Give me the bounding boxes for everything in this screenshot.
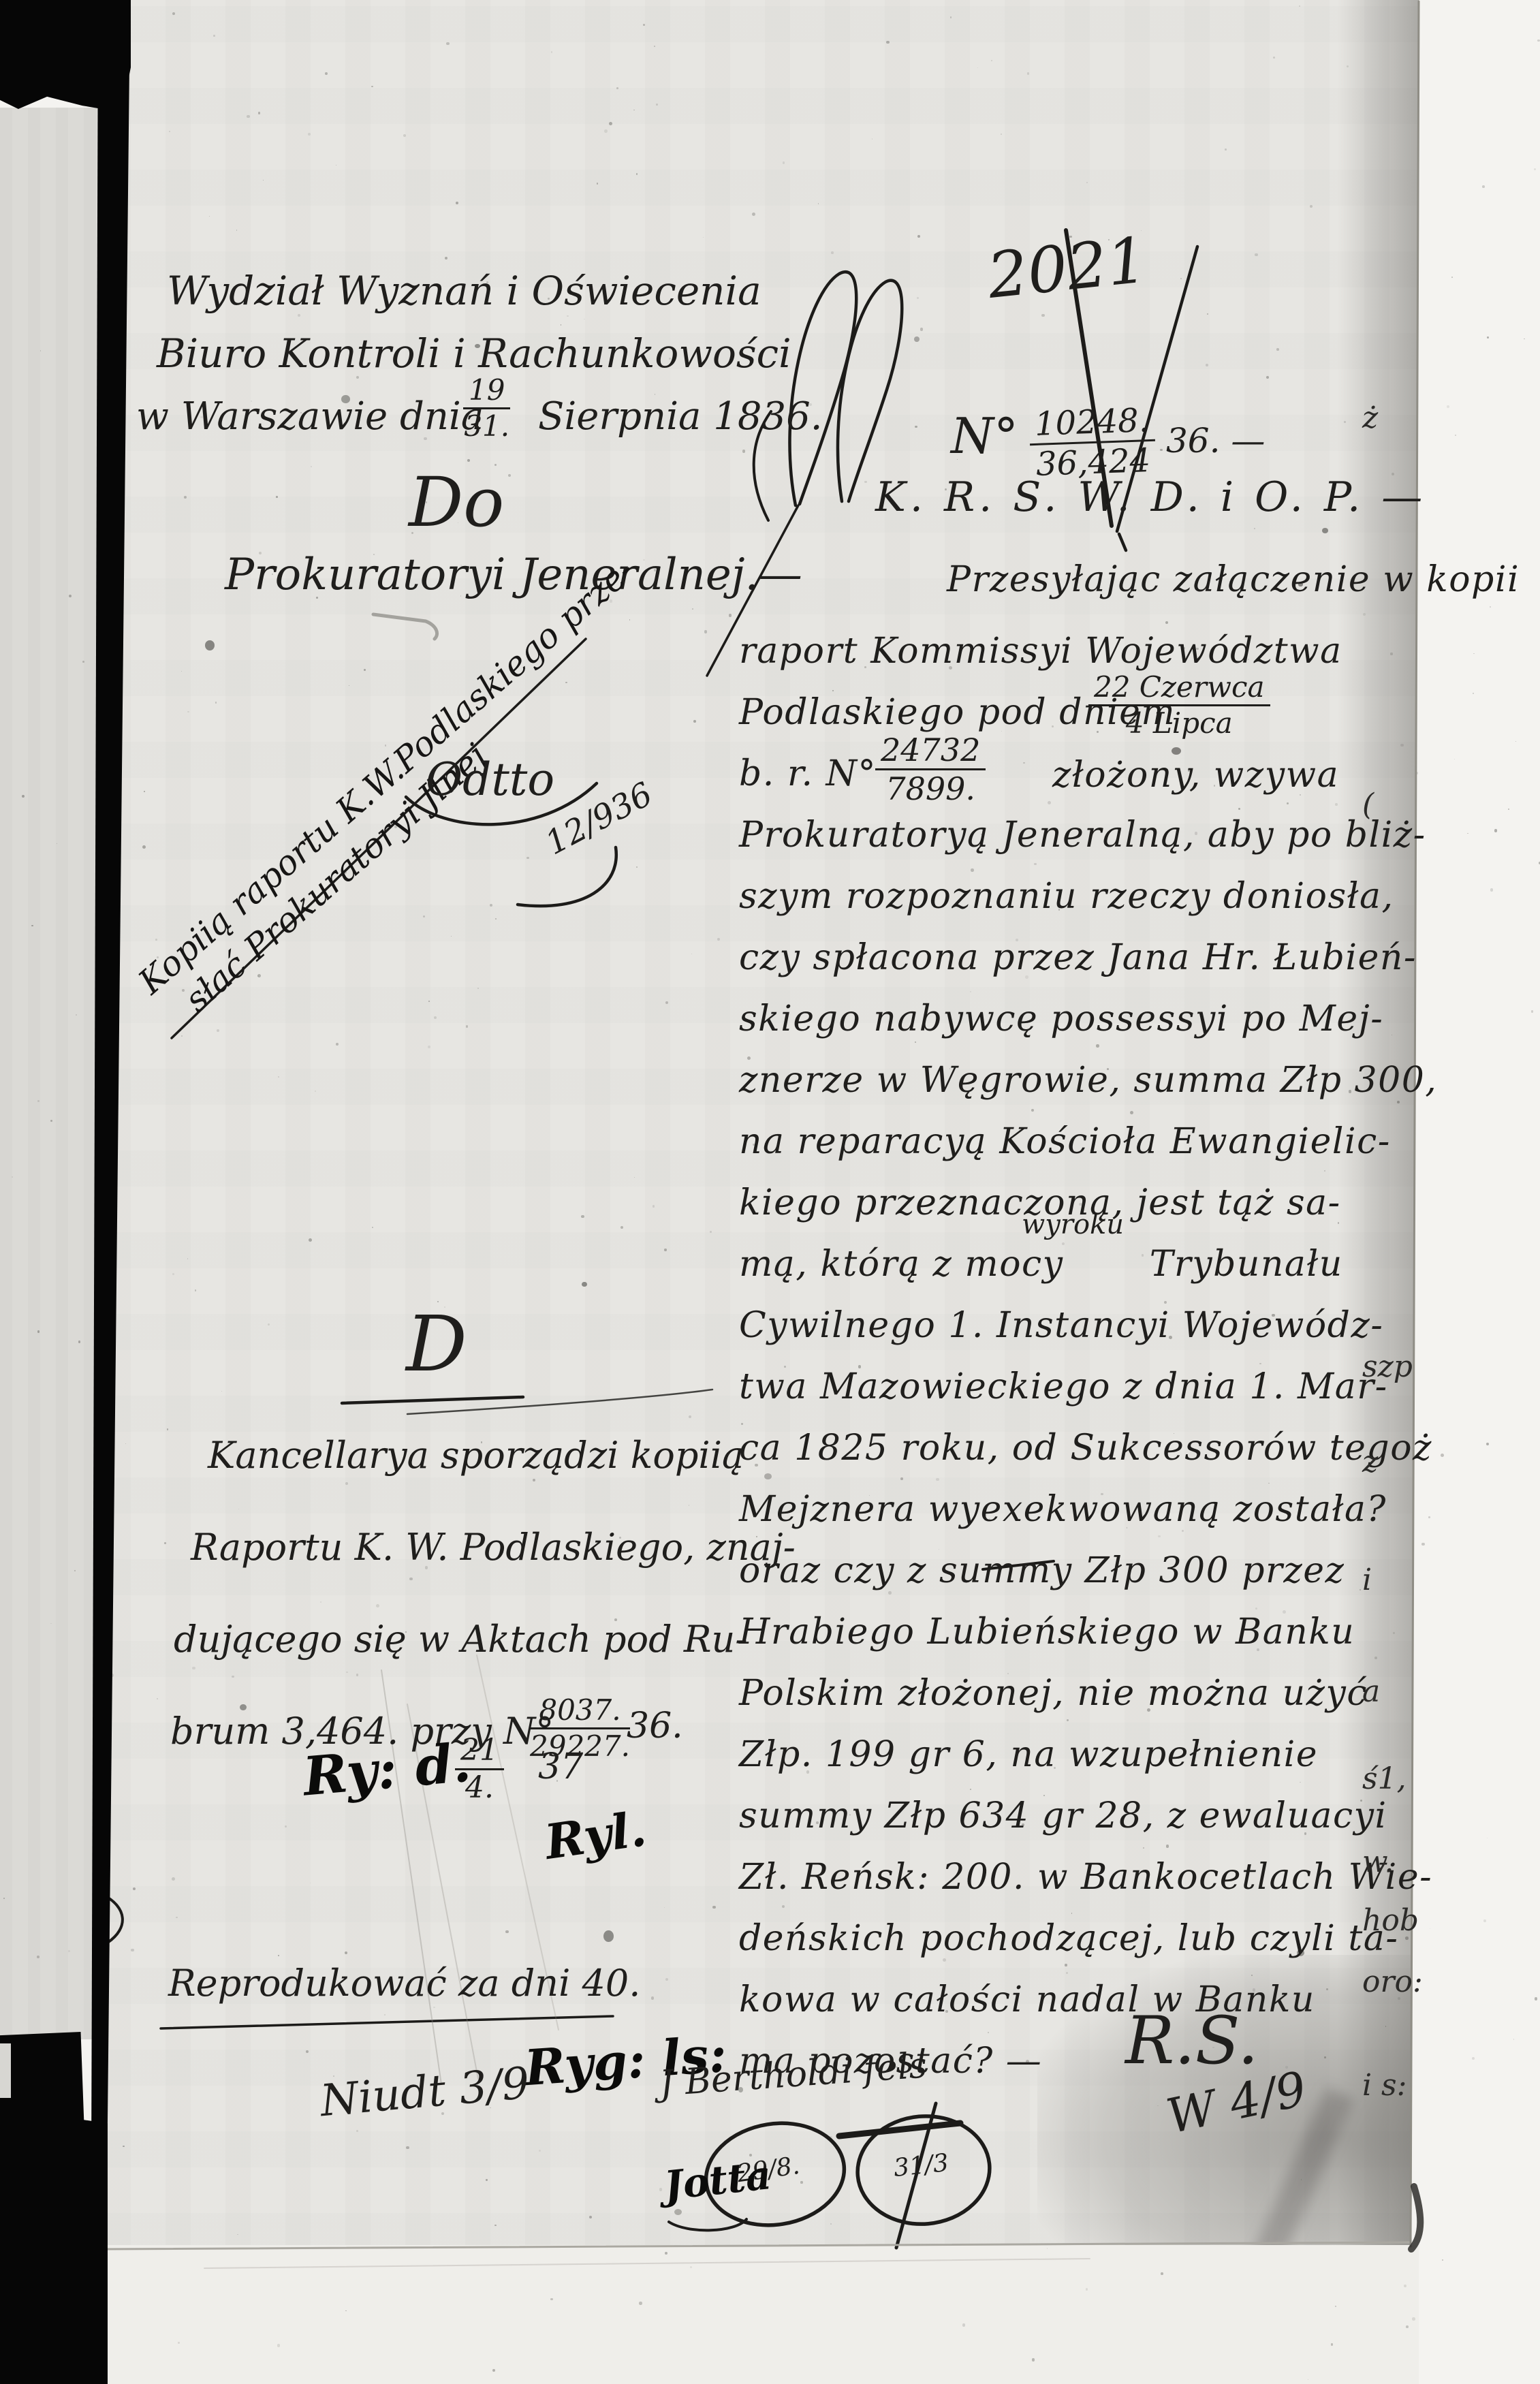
approver-signature: Odtto xyxy=(426,757,554,802)
date-fraction: 19 31. xyxy=(463,376,510,441)
body-ref-fraction-bottom: 7899. xyxy=(875,770,986,804)
body-line: szym rozpoznaniu rzeczy doniosła, xyxy=(739,879,1394,914)
body-line: Przesyłając załączenie w kopii xyxy=(947,562,1520,597)
body-line: Mejznera wyexekwowaną została? xyxy=(739,1492,1387,1527)
addressee-abbreviation: K. R. S. W. D. i O. P. — xyxy=(875,477,1426,518)
date-fraction-top: 19 xyxy=(463,376,510,409)
body-ref-fraction: 24732 7899. xyxy=(875,734,986,804)
ref-flourish-loop xyxy=(838,281,902,501)
page-bottom-edge-faint xyxy=(204,2259,1090,2268)
registry-fraction-bottom: 4. xyxy=(455,1770,504,1803)
page-number: 2021 xyxy=(985,229,1150,308)
dateline-prefix: w Warszawie dnia xyxy=(136,398,484,436)
body-ref-fraction-top: 24732 xyxy=(875,734,986,770)
clerk-note-year: 36. xyxy=(627,1708,683,1744)
ref-number-year: 36. — xyxy=(1166,424,1265,458)
clerk-note-line1: Kancellarya sporządzi kopiią xyxy=(208,1437,744,1474)
body-line: znerze w Węgrowie, summa Złp 300, xyxy=(739,1063,1437,1098)
body-ref-suffix: złożony, wzywa xyxy=(1052,757,1339,793)
edge-fragment: a xyxy=(1362,1677,1380,1707)
signature-right-initials: R.S. xyxy=(1125,2008,1259,2073)
edge-fragment: ś1, xyxy=(1362,1764,1407,1794)
registry-number: 37 xyxy=(538,1749,583,1785)
edge-fragment: w. xyxy=(1362,1847,1394,1877)
body-line: Prokuratoryą Jeneralną, aby po bliż- xyxy=(739,817,1426,853)
dateline-suffix: Sierpnia 1836. xyxy=(538,398,823,436)
body-line: Cywilnego 1. Instancyi Wojewódz- xyxy=(739,1308,1383,1343)
edge-fragment: hob xyxy=(1362,1906,1419,1936)
edge-fragment: szp xyxy=(1362,1352,1413,1382)
body-date-fraction-bottom: 4 Lipca xyxy=(1088,706,1270,738)
signature-circle2-date: 31/3 xyxy=(892,2151,949,2181)
body-date-fraction-top: 22 Czerwca xyxy=(1088,673,1270,706)
edge-fragment: oro: xyxy=(1362,1967,1423,1997)
ref-number-numerator: 10248. xyxy=(1028,404,1155,445)
cancel-stroke-tick xyxy=(1119,534,1126,550)
body-line: Złp. 199 gr 6, na wzupełnienie xyxy=(739,1737,1318,1772)
signature-center-below: Jotta xyxy=(662,2155,772,2206)
registry-fraction-top: 21 xyxy=(455,1736,504,1770)
registry-mark: Ry: d. xyxy=(301,1736,473,1804)
film-border-notch xyxy=(0,2043,11,2098)
salutation-name: Prokuratoryi Jeneralnej.— xyxy=(225,553,802,597)
body-line: raport Kommissyi Województwa xyxy=(739,633,1342,669)
body-line: Hrabiego Lubieńskiego w Banku xyxy=(739,1614,1355,1650)
clerk-note-line3: dującego się w Aktach pod Ru- xyxy=(174,1621,748,1658)
edge-fragment: ż xyxy=(1362,403,1378,433)
registry-fraction: 21 4. xyxy=(455,1736,504,1803)
body-insertion: wyroku xyxy=(1022,1211,1124,1238)
body-line: deńskich pochodzącej, lub czyli ta- xyxy=(739,1921,1398,1956)
body-line: na reparacyą Kościoła Ewangielic- xyxy=(739,1124,1391,1159)
edge-fragment: z xyxy=(1362,1447,1378,1477)
registry-initials: Ryl. xyxy=(542,1805,649,1866)
body-line: ca 1825 roku, od Sukcessorów tegoż xyxy=(739,1430,1432,1466)
section-underline xyxy=(342,1397,523,1403)
order-underline xyxy=(161,2016,613,2028)
edge-fragment: i xyxy=(1362,1565,1372,1595)
office-header-line2: Biuro Kontroli i Rachunkowości xyxy=(157,334,791,373)
page-bottom-edge xyxy=(106,2242,1410,2249)
clerk-note-numerator: 8037. xyxy=(530,1696,630,1729)
body-line: czy spłacona przez Jana Hr. Łubień- xyxy=(739,940,1417,975)
body-line: Zł. Reńsk: 200. w Bankocetlach Wie- xyxy=(739,1860,1432,1895)
salutation-to: Do xyxy=(409,469,504,537)
section-mark: D xyxy=(406,1306,467,1383)
page-corner-hook xyxy=(1411,2186,1420,2249)
body-line: b. r. N° xyxy=(739,756,877,791)
body-line: mą, którą z mocy Trybunału xyxy=(739,1246,1343,1282)
signature-connector xyxy=(839,2123,960,2136)
ref-number-prefix: N° xyxy=(951,411,1018,460)
ref-number-fraction: 10248. 36,424 xyxy=(1028,404,1157,481)
pencil-dash xyxy=(373,614,437,639)
date-fraction-bottom: 31. xyxy=(463,409,510,441)
body-date-fraction: 22 Czerwca 4 Lipca xyxy=(1088,673,1270,738)
body-line: Polskim złożonej, nie można użyć xyxy=(739,1676,1368,1711)
clerk-note-line2: Raportu K. W. Podlaskiego, znaj- xyxy=(191,1529,796,1566)
edge-fragment: i s: xyxy=(1362,2071,1407,2101)
body-line: skiego nabywcę possessyi po Mej- xyxy=(739,1001,1383,1037)
edge-fragment: ( xyxy=(1362,790,1374,820)
body-line: summy Złp 634 gr 28, z ewaluacyi xyxy=(739,1798,1387,1834)
ref-flourish-loop xyxy=(789,272,856,505)
body-line: oraz czy z summy Złp 300 przez xyxy=(739,1553,1345,1588)
scanned-archival-document: Wydział Wyznań i Oświecenia Biuro Kontro… xyxy=(0,0,1540,2384)
office-header-line1: Wydział Wyznań i Oświecenia xyxy=(167,271,761,311)
section-underline xyxy=(407,1390,712,1414)
signature-swash xyxy=(669,2219,747,2230)
reproduce-order: Reprodukować za dni 40. xyxy=(168,1965,640,2002)
body-line: twa Mazowieckiego z dnia 1. Mar- xyxy=(739,1369,1388,1405)
